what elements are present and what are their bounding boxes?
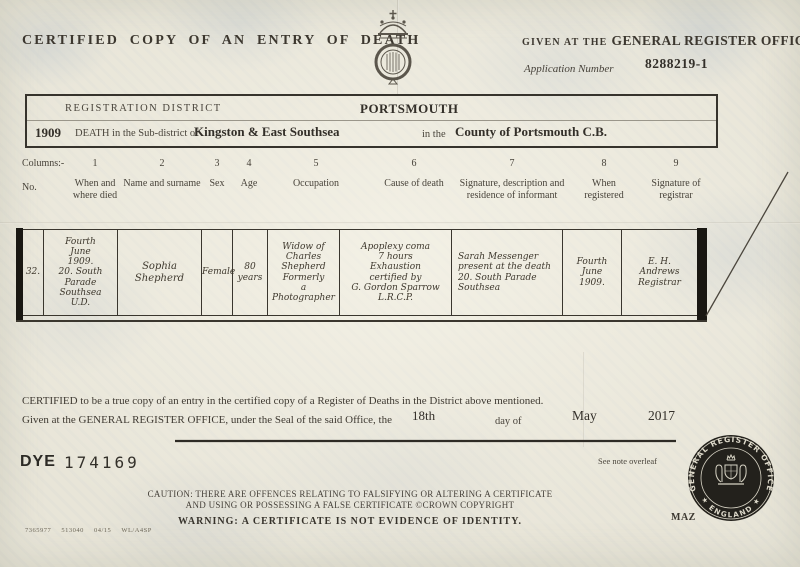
warning-line: WARNING: A CERTIFICATE IS NOT EVIDENCE O… [130,516,570,527]
cell-sex: Female [202,230,233,315]
informant-value: Sarah Messenger present at the death 20.… [458,252,562,292]
cell-when-registered: Fourth June 1909. [563,230,622,315]
serial-number: 174169 [64,453,140,472]
issue-year-value: 2017 [648,408,675,424]
column-header-9: 9 Signature of registrar [636,158,716,202]
table-right-bar [697,228,707,320]
general-register-office-seal: GENERAL REGISTER OFFICE ★ ENGLAND ★ [687,434,775,522]
cell-entry-no: 32. [23,230,44,315]
register-entry-table: 32. Fourth June 1909. 20. South Parade S… [16,229,707,325]
column-label: When registered [574,178,634,202]
table-left-bar [16,228,23,320]
column-label: Signature, description and residence of … [437,178,587,202]
column-header-4: 4 Age [229,158,269,190]
column-label: Occupation [276,178,356,190]
death-certificate-document: CERTIFIED COPY OF AN ENTRY OF DEATH GIVE… [0,0,800,567]
age-value: 80 years [233,262,267,282]
table-row: 32. Fourth June 1909. 20. South Parade S… [23,229,697,316]
when-where-died-value: Fourth June 1909. 20. South Parade South… [44,237,117,308]
column-label: Age [229,178,269,190]
registration-district-box: REGISTRATION DISTRICT PORTSMOUTH 1909 DE… [25,94,718,148]
column-number: 5 [276,158,356,169]
royal-crest-icon [362,6,424,90]
column-number: 4 [229,158,269,169]
column-header-7: 7 Signature, description and residence o… [437,158,587,202]
given-at-prefix: GIVEN AT THE [522,37,608,48]
cell-occupation: Widow of Charles Shepherd Formerly a Pho… [268,230,340,315]
in-the-label: in the [422,129,446,140]
cell-when-where-died: Fourth June 1909. 20. South Parade South… [44,230,118,315]
district-box-row2: 1909 DEATH in the Sub-district of Kingst… [27,120,716,146]
column-header-8: 8 When registered [574,158,634,202]
cell-name-surname: Sophia Shepherd [118,230,202,315]
day-of-label: day of [495,416,522,427]
register-year: 1909 [35,125,61,141]
given-at-statement: Given at the GENERAL REGISTER OFFICE, un… [22,414,392,426]
registration-district-label: REGISTRATION DISTRICT [65,103,222,114]
certified-statement: CERTIFIED to be a true copy of an entry … [22,395,772,407]
given-at-heading: GIVEN AT THE GENERAL REGISTER OFFICE [522,32,794,50]
cell-informant: Sarah Messenger present at the death 20.… [452,230,563,315]
cause-of-death-value: Apoplexy coma 7 hours Exhaustion certifi… [340,242,451,302]
county-value: County of Portsmouth C.B. [455,124,607,140]
application-number-label: Application Number [524,63,614,75]
paper-fold-horizontal [0,222,800,224]
issue-day-value: 18th [412,408,435,424]
application-number-value: 8288219-1 [645,56,708,72]
document-title: CERTIFIED COPY OF AN ENTRY OF DEATH [22,33,420,49]
column-number: 8 [574,158,634,169]
diagonal-void-line [706,172,788,316]
column-number: 7 [437,158,587,169]
table-bottom-rule [16,320,707,322]
entry-no-value: 32. [23,267,43,277]
given-at-office: GENERAL REGISTER OFFICE [612,33,800,48]
when-registered-value: Fourth June 1909. [563,257,621,287]
column-header-no: No. [22,182,37,193]
caution-block: CAUTION: THERE ARE OFFENCES RELATING TO … [130,489,570,527]
caution-line-2: AND USING OR POSSESSING A FALSE CERTIFIC… [130,500,570,511]
cell-registrar-signature: E. H. Andrews Registrar [622,230,697,315]
subdistrict-value: Kingston & East Southsea [194,124,340,140]
column-label: Signature of registrar [636,178,716,202]
registration-district-value: PORTSMOUTH [360,101,458,117]
see-note-overleaf: See note overleaf [598,456,657,466]
name-surname-value: Sophia Shepherd [118,261,201,283]
column-header-5: 5 Occupation [276,158,356,190]
cell-cause-of-death: Apoplexy coma 7 hours Exhaustion certifi… [340,230,452,315]
registrar-signature-value: E. H. Andrews Registrar [622,257,697,287]
subdistrict-label: DEATH in the Sub-district of [75,128,199,139]
print-code: 7365977 513040 04/15 WL/A4SP [25,527,152,534]
cell-age: 80 years [233,230,268,315]
district-box-row1: REGISTRATION DISTRICT PORTSMOUTH [27,96,716,121]
serial-prefix: DYE [20,453,56,471]
issue-month-value: May [572,408,597,424]
caution-line-1: CAUTION: THERE ARE OFFENCES RELATING TO … [130,489,570,500]
sex-value: Female [202,267,232,277]
column-number: 9 [636,158,716,169]
occupation-value: Widow of Charles Shepherd Formerly a Pho… [268,242,339,302]
